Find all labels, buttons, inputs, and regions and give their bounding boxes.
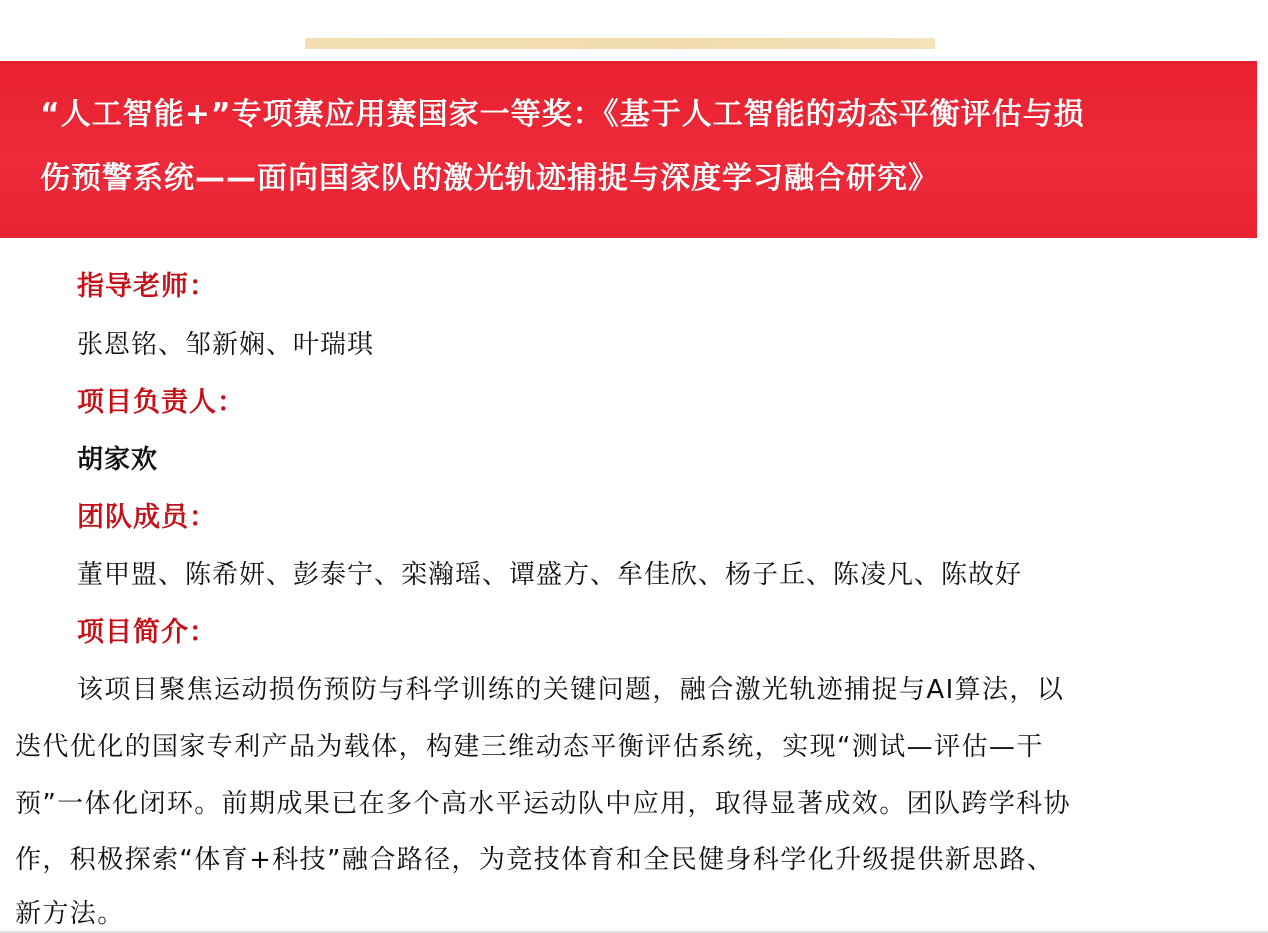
members-value: 董甲盟、陈希妍、彭泰宁、栾瀚瑶、谭盛方、牟佳欣、杨子丘、陈凌凡、陈故好	[77, 558, 1022, 592]
leader-label: 项目负责人：	[77, 386, 245, 420]
award-title-line-1: “人工智能+”专项赛应用赛国家一等奖：《基于人工智能的动态平衡评估与损	[40, 97, 1257, 133]
leader-value: 胡家欢	[77, 443, 158, 477]
advisors-value: 张恩铭、邹新娴、叶瑞琪	[77, 328, 374, 362]
intro-line-4: 作，积极探索“体育+科技”融合路径，为竞技体育和全民健身科学化升级提供新思路、	[15, 843, 1054, 877]
intro-line-1: 该项目聚焦运动损伤预防与科学训练的关键问题，融合激光轨迹捕捉与AI算法，以	[77, 673, 1064, 707]
members-label: 团队成员：	[77, 501, 217, 535]
award-title-banner: “人工智能+”专项赛应用赛国家一等奖：《基于人工智能的动态平衡评估与损 伤预警系…	[0, 61, 1257, 238]
intro-line-2: 迭代优化的国家专利产品为载体，构建三维动态平衡评估系统，实现“测试—评估—干	[15, 730, 1044, 764]
award-title-line-2: 伤预警系统——面向国家队的激光轨迹捕捉与深度学习融合研究》	[40, 161, 1257, 197]
intro-line-5: 新方法。	[15, 897, 125, 931]
decorative-bar	[305, 38, 935, 49]
award-page: “人工智能+”专项赛应用赛国家一等奖：《基于人工智能的动态平衡评估与损 伤预警系…	[0, 0, 1268, 933]
intro-label: 项目简介：	[77, 616, 217, 650]
advisors-label: 指导老师：	[77, 270, 217, 304]
intro-line-3: 预”一体化闭环。前期成果已在多个高水平运动队中应用，取得显著成效。团队跨学科协	[15, 787, 1071, 821]
